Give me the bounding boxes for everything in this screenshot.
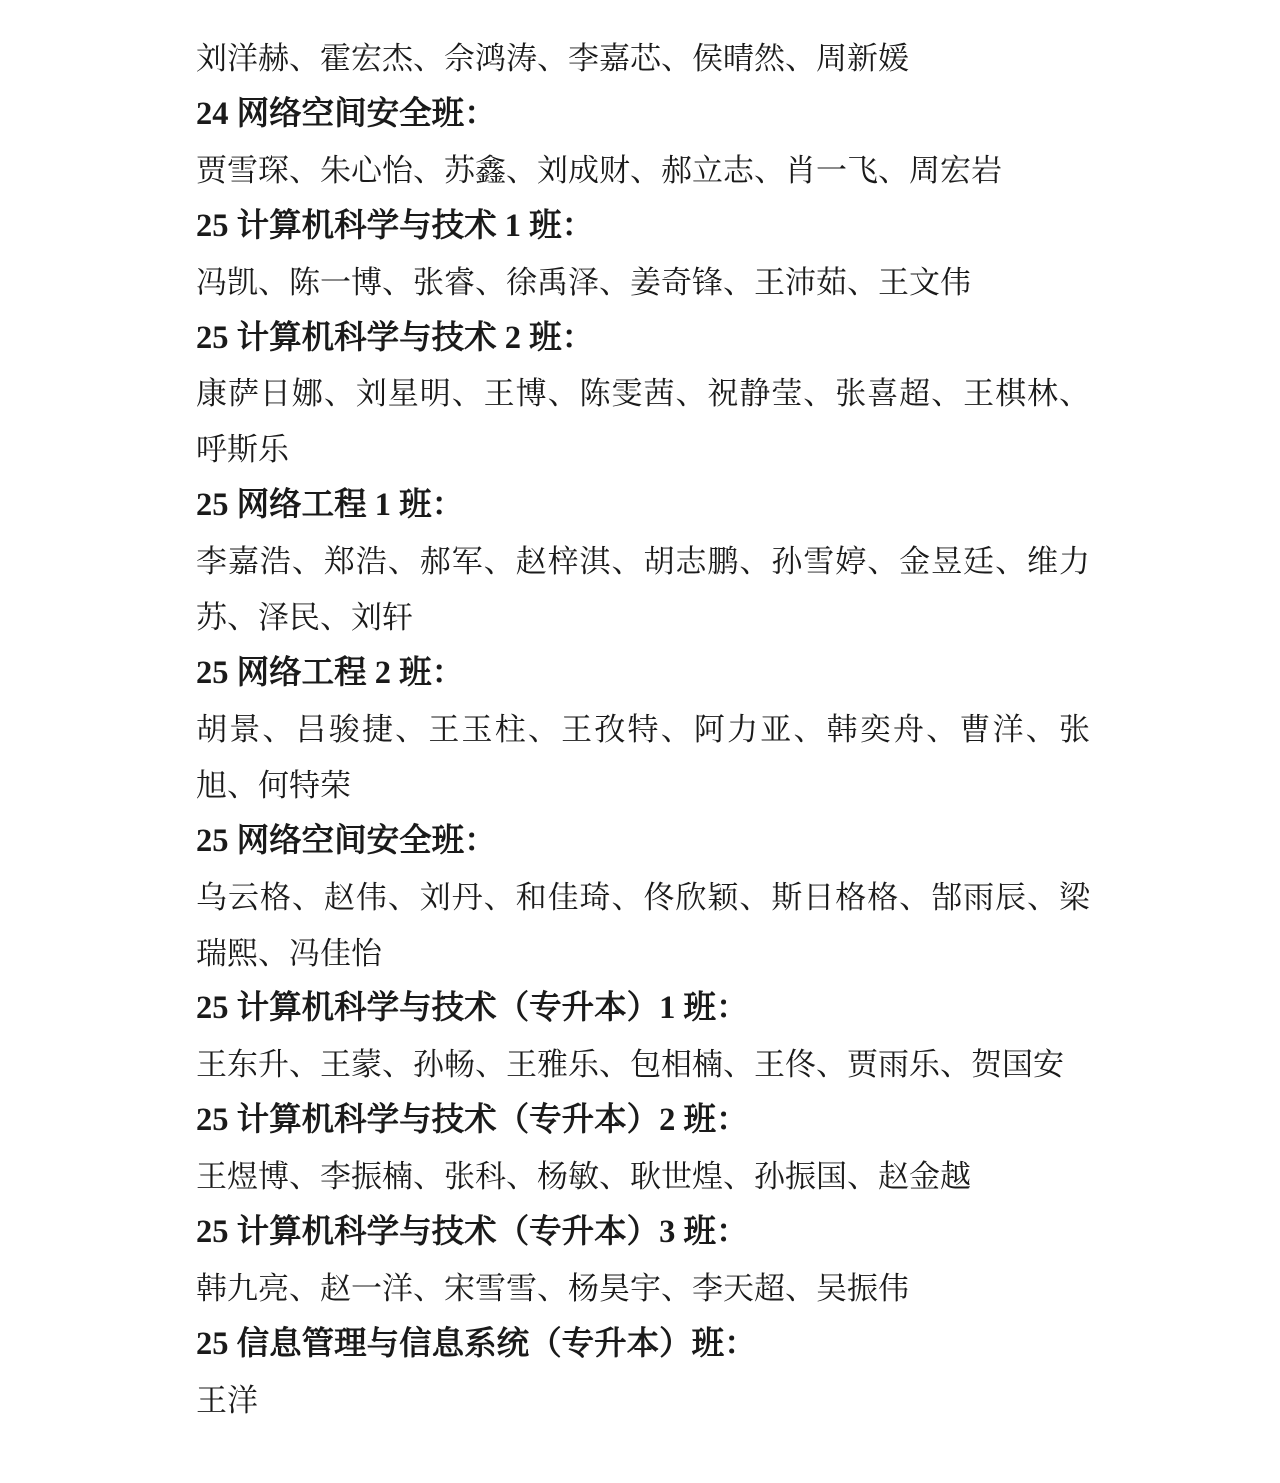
document-page: 刘洋赫、霍宏杰、佘鸿涛、李嘉芯、侯晴然、周新媛 24 网络空间安全班： 贾雪琛、… [0,0,1280,1483]
class-heading: 25 网络空间安全班： [196,814,1090,870]
names-line: 韩九亮、赵一洋、宋雪雪、杨昊宇、李天超、吴振伟 [196,1261,1090,1317]
names-line: 冯凯、陈一博、张睿、徐禹泽、姜奇锋、王沛茹、王文伟 [196,255,1090,311]
class-heading: 24 网络空间安全班： [196,87,1090,143]
class-heading: 25 计算机科学与技术 1 班： [196,199,1090,255]
names-line: 胡景、吕骏捷、王玉柱、王孜特、阿力亚、韩奕舟、曹洋、张旭、何特荣 [196,702,1090,814]
names-line: 李嘉浩、郑浩、郝军、赵梓淇、胡志鹏、孙雪婷、金昱廷、维力苏、泽民、刘轩 [196,534,1090,646]
names-line: 乌云格、赵伟、刘丹、和佳琦、佟欣颖、斯日格格、郜雨辰、梁瑞熙、冯佳怡 [196,870,1090,982]
names-line: 王东升、王蒙、孙畅、王雅乐、包相楠、王佟、贾雨乐、贺国安 [196,1037,1090,1093]
class-heading: 25 计算机科学与技术（专升本）3 班： [196,1205,1090,1261]
names-line: 王煜博、李振楠、张科、杨敏、耿世煌、孙振国、赵金越 [196,1149,1090,1205]
class-heading: 25 网络工程 1 班： [196,478,1090,534]
intro-names-line: 刘洋赫、霍宏杰、佘鸿涛、李嘉芯、侯晴然、周新媛 [196,31,1090,87]
class-heading: 25 计算机科学与技术（专升本）1 班： [196,981,1090,1037]
names-line: 贾雪琛、朱心怡、苏鑫、刘成财、郝立志、肖一飞、周宏岩 [196,143,1090,199]
class-heading: 25 计算机科学与技术（专升本）2 班： [196,1093,1090,1149]
class-heading: 25 网络工程 2 班： [196,646,1090,702]
names-line: 王洋 [196,1373,1090,1429]
class-sections: 24 网络空间安全班： 贾雪琛、朱心怡、苏鑫、刘成财、郝立志、肖一飞、周宏岩 2… [196,87,1090,1429]
class-heading: 25 计算机科学与技术 2 班： [196,311,1090,367]
names-line: 康萨日娜、刘星明、王博、陈雯茜、祝静莹、张喜超、王棋林、呼斯乐 [196,366,1090,478]
class-heading: 25 信息管理与信息系统（专升本）班： [196,1317,1090,1373]
